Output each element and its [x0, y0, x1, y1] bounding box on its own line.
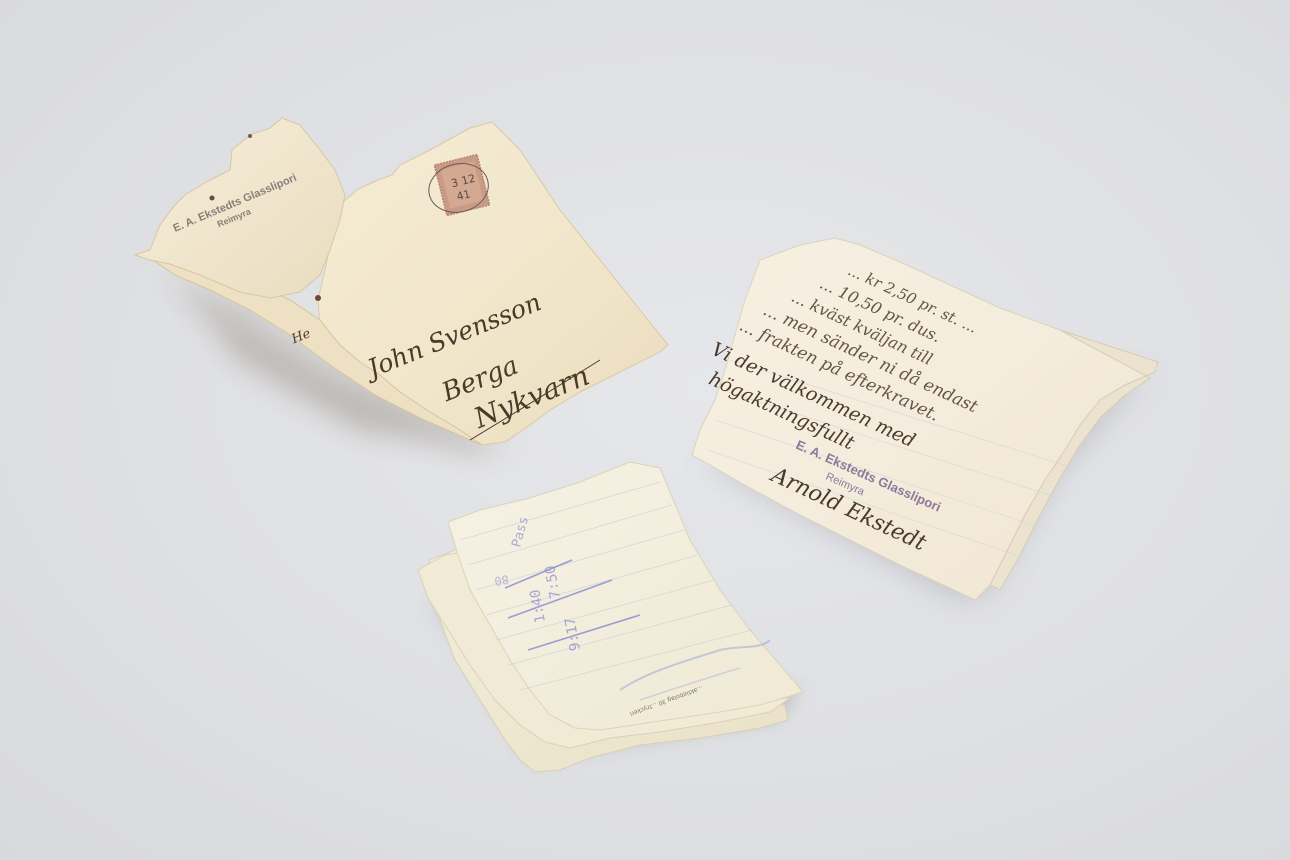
photo-scene: E. A. Ekstedts Glasslipori Reimyra 3 12 …	[0, 0, 1290, 860]
letter: ... kr 2,50 pr. st. ... ... 10,50 pr. du…	[692, 223, 1158, 600]
envelope: E. A. Ekstedts Glasslipori Reimyra 3 12 …	[135, 118, 668, 488]
envelope-flap	[135, 118, 345, 298]
svg-text:80: 80	[493, 572, 510, 588]
receipt-stack: Pass 80 7:50 1:40 9:17 ...aktiebolag 30 …	[418, 462, 803, 772]
